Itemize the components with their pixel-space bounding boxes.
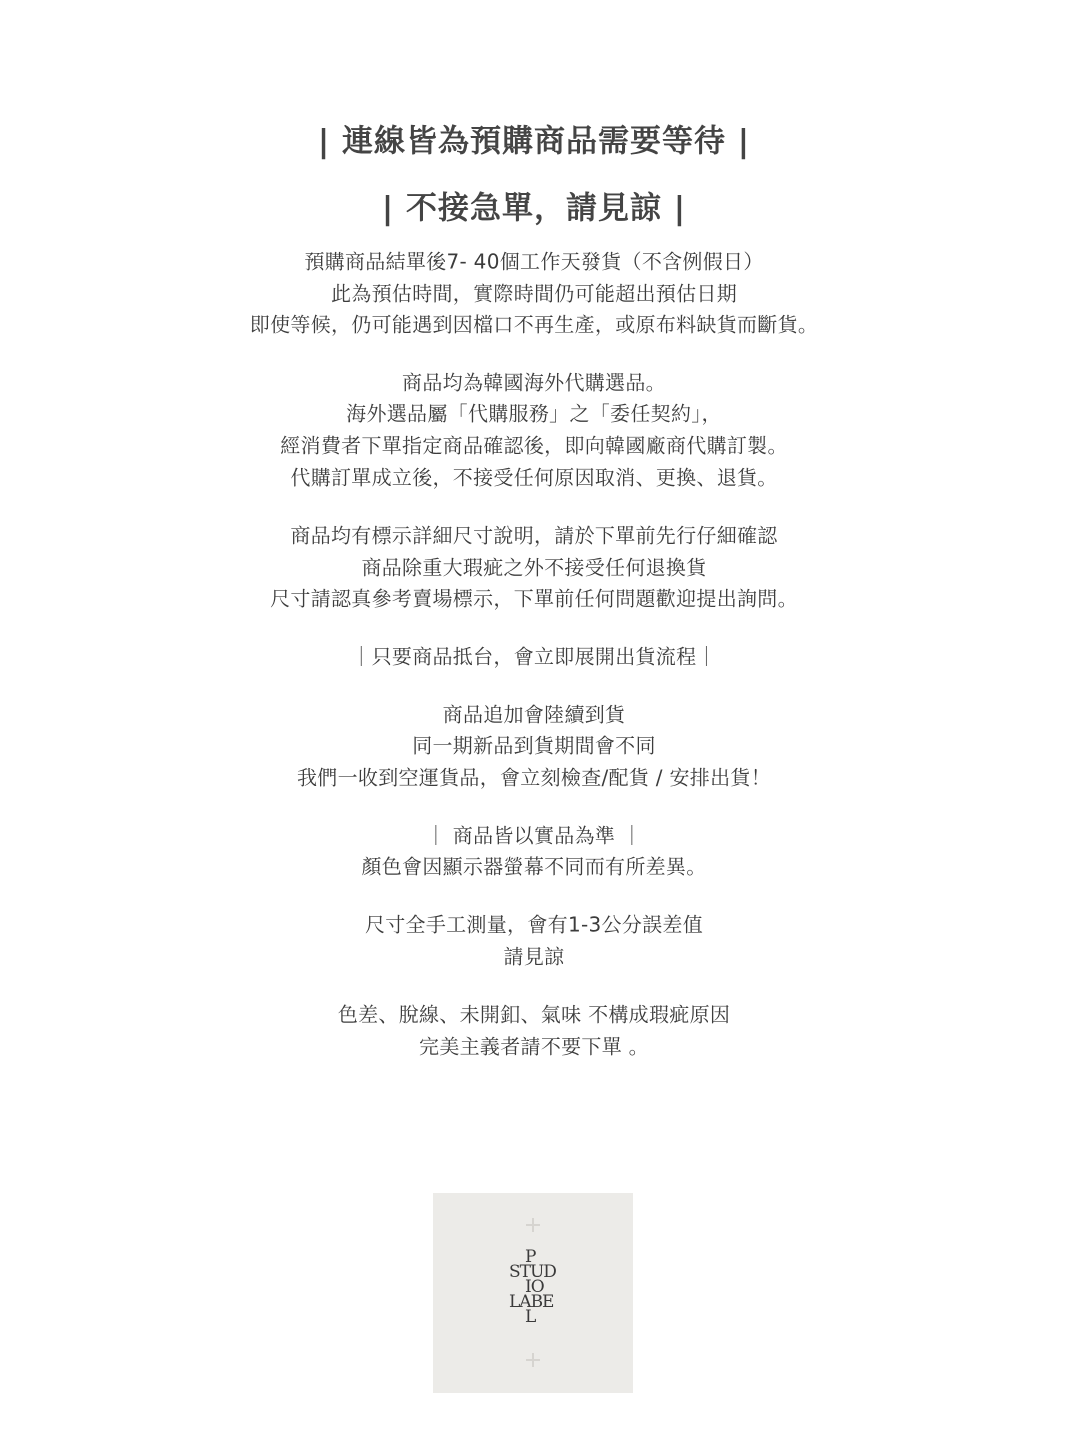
text-line: 海外選品屬「代購服務」之「委任契約」， [0,398,1068,427]
text-line: 尺寸全手工測量，會有1-3公分誤差值 [0,909,1068,938]
plus-cross-icon [526,1353,540,1367]
text-line: 完美主義者請不要下單 。 [0,1031,1068,1060]
notice-page: | 連線皆為預購商品需要等待 | | 不接急單，請見諒 | 預購商品結單後7- … [0,0,1088,1451]
text-line: 經消費者下單指定商品確認後，即向韓國廠商代購訂製。 [0,430,1068,459]
text-line: ｜ 商品皆以實品為準 ｜ [0,820,1068,849]
heading-no-rush-orders: | 不接急單，請見諒 | [0,183,1068,228]
logo-row-5: L [525,1310,535,1325]
text-line: 請見諒 [0,941,1068,970]
text-line: 我們一收到空運貨品，會立刻檢查/配貨 / 安排出貨！ [0,762,1068,791]
logo-monogram: P STUD IO LABE L [433,1250,633,1325]
text-line: 顏色會因顯示器螢幕不同而有所差異。 [0,851,1068,880]
text-line: 商品均有標示詳細尺寸說明，請於下單前先行仔細確認 [0,520,1068,549]
text-line: 尺寸請認真參考賣場標示，下單前任何問題歡迎提出詢問。 [0,583,1068,612]
text-line: 代購訂單成立後，不接受任何原因取消、更換、退貨。 [0,462,1068,491]
heading-preorder-notice: | 連線皆為預購商品需要等待 | [0,116,1068,161]
text-line: 商品追加會陸續到貨 [0,699,1068,728]
plus-cross-icon [526,1218,540,1232]
studio-label-logo: P STUD IO LABE L [433,1193,633,1393]
text-line: 色差、脫線、未開釦、氣味 不構成瑕疵原因 [0,999,1068,1028]
text-line: 預購商品結單後7- 40個工作天發貨（不含例假日） [0,246,1068,275]
text-line: 商品除重大瑕疵之外不接受任何退換貨 [0,552,1068,581]
text-line: 此為預估時間，實際時間仍可能超出預估日期 [0,278,1068,307]
text-line: 即使等候，仍可能遇到因檔口不再生產，或原布料缺貨而斷貨。 [0,309,1068,338]
text-line: 同一期新品到貨期間會不同 [0,730,1068,759]
text-line: ｜只要商品抵台，會立即展開出貨流程｜ [0,641,1068,670]
text-line: 商品均為韓國海外代購選品。 [0,367,1068,396]
